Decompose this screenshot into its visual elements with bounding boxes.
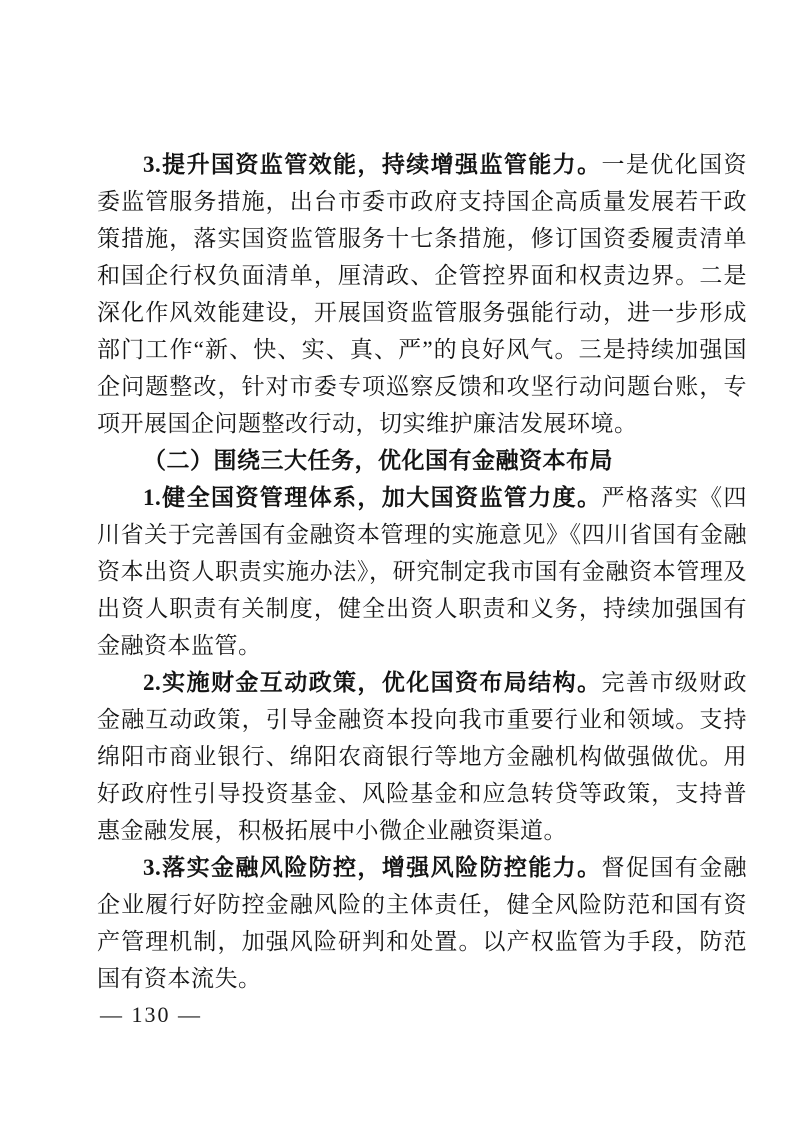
paragraph-lead: 2.实施财金互动政策，优化国资布局结构。 [143,670,601,695]
paragraph-text: 严格落实《四川省关于完善国有金融资本管理的实施意见》《四川省国有金融资本出资人职… [97,485,747,658]
paragraph-text: 完善市级财政金融互动政策，引导金融资本投向我市重要行业和领域。支持绵阳市商业银行… [97,670,747,843]
paragraph-lead: 1.健全国资管理体系，加大国资监管力度。 [143,485,601,510]
body-paragraph: 2.实施财金互动政策，优化国资布局结构。完善市级财政金融互动政策，引导金融资本投… [97,664,747,849]
paragraph-lead: 3.落实金融风险防控，增强风险防控能力。 [143,855,601,880]
section-heading: （二）围绕三大任务，优化国有金融资本布局 [97,442,747,479]
body-paragraph: 3.提升国资监管效能，持续增强监管能力。一是优化国资委监管服务措施，出台市委市政… [97,146,747,442]
document-page: 3.提升国资监管效能，持续增强监管能力。一是优化国资委监管服务措施，出台市委市政… [0,0,793,1122]
body-paragraph: 3.落实金融风险防控，增强风险防控能力。督促国有金融企业履行好防控金融风险的主体… [97,849,747,997]
paragraph-text: 一是优化国资委监管服务措施，出台市委市政府支持国企高质量发展若干政策措施，落实国… [97,152,747,436]
body-paragraph: 1.健全国资管理体系，加大国资监管力度。严格落实《四川省关于完善国有金融资本管理… [97,479,747,664]
paragraph-lead: （二）围绕三大任务，优化国有金融资本布局 [143,448,613,473]
page-number: — 130 — [100,1000,202,1030]
document-body: 3.提升国资监管效能，持续增强监管能力。一是优化国资委监管服务措施，出台市委市政… [97,146,747,997]
paragraph-lead: 3.提升国资监管效能，持续增强监管能力。 [143,152,601,177]
